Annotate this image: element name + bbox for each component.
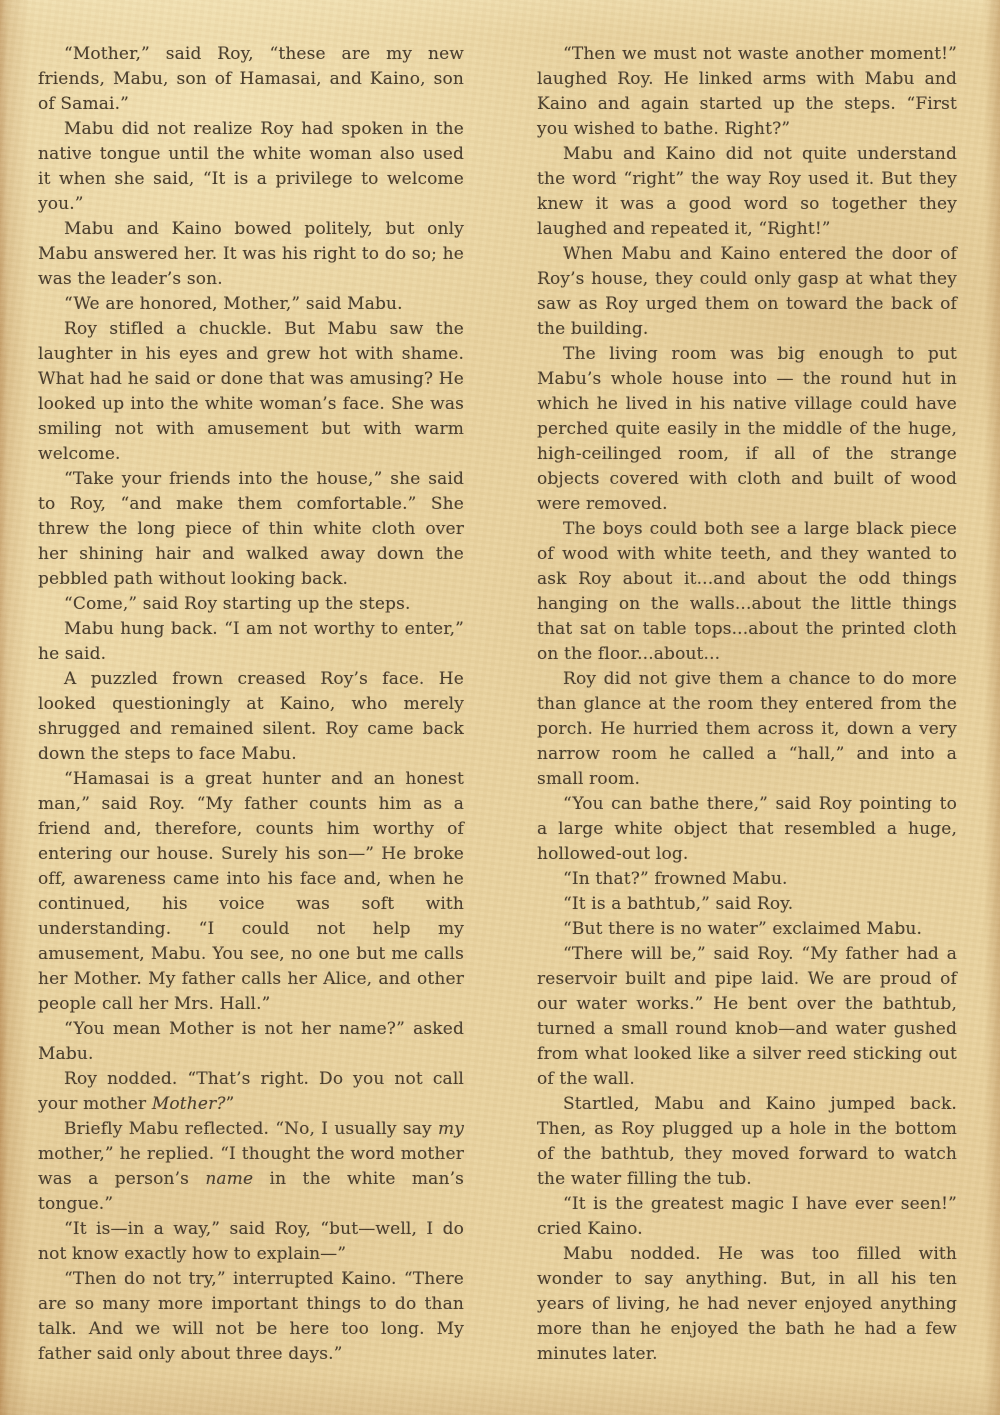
- text-column-left: “Mother,” said Roy, “these are my new fr…: [38, 42, 464, 1367]
- paragraph: “You mean Mother is not her name?” asked…: [38, 1017, 464, 1067]
- paragraph: “It is a bathtub,” said Roy.: [537, 892, 957, 917]
- paragraph: “It is the greatest magic I have ever se…: [537, 1192, 957, 1242]
- paragraph: The boys could both see a large black pi…: [537, 517, 957, 667]
- paragraph: Roy nodded. “That’s right. Do you not ca…: [38, 1067, 464, 1117]
- paragraph: When Mabu and Kaino entered the door of …: [537, 242, 957, 342]
- paragraph: “You can bathe there,” said Roy pointing…: [537, 792, 957, 867]
- paragraph: “Take your friends into the house,” she …: [38, 467, 464, 592]
- paragraph: “Then do not try,” interrupted Kaino. “T…: [38, 1267, 464, 1367]
- paragraph: “There will be,” said Roy. “My father ha…: [537, 942, 957, 1092]
- paragraph: Startled, Mabu and Kaino jumped back. Th…: [537, 1092, 957, 1192]
- paragraph: Briefly Mabu reflected. “No, I usually s…: [38, 1117, 464, 1217]
- paragraph: “In that?” frowned Mabu.: [537, 867, 957, 892]
- paragraph: The living room was big enough to put Ma…: [537, 342, 957, 517]
- paragraph: Roy did not give them a chance to do mor…: [537, 667, 957, 792]
- paragraph: Roy stifled a chuckle. But Mabu saw the …: [38, 317, 464, 467]
- paragraph: Mabu hung back. “I am not worthy to ente…: [38, 617, 464, 667]
- paragraph: “Hamasai is a great hunter and an honest…: [38, 767, 464, 1017]
- paragraph: “We are honored, Mother,” said Mabu.: [38, 292, 464, 317]
- paragraph: A puzzled frown creased Roy’s face. He l…: [38, 667, 464, 767]
- paragraph: Mabu did not realize Roy had spoken in t…: [38, 117, 464, 217]
- paragraph: “It is—in a way,” said Roy, “but—well, I…: [38, 1217, 464, 1267]
- paragraph: Mabu and Kaino bowed politely, but only …: [38, 217, 464, 292]
- paragraph: “Mother,” said Roy, “these are my new fr…: [38, 42, 464, 117]
- paragraph: Mabu nodded. He was too filled with wond…: [537, 1242, 957, 1367]
- paragraph: “Then we must not waste another moment!”…: [537, 42, 957, 142]
- paragraph: Mabu and Kaino did not quite understand …: [537, 142, 957, 242]
- paragraph: “Come,” said Roy starting up the steps.: [38, 592, 464, 617]
- paragraph: “But there is no water” exclaimed Mabu.: [537, 917, 957, 942]
- text-column-right: “Then we must not waste another moment!”…: [537, 42, 957, 1367]
- scanned-story-page: “Mother,” said Roy, “these are my new fr…: [0, 0, 1000, 1415]
